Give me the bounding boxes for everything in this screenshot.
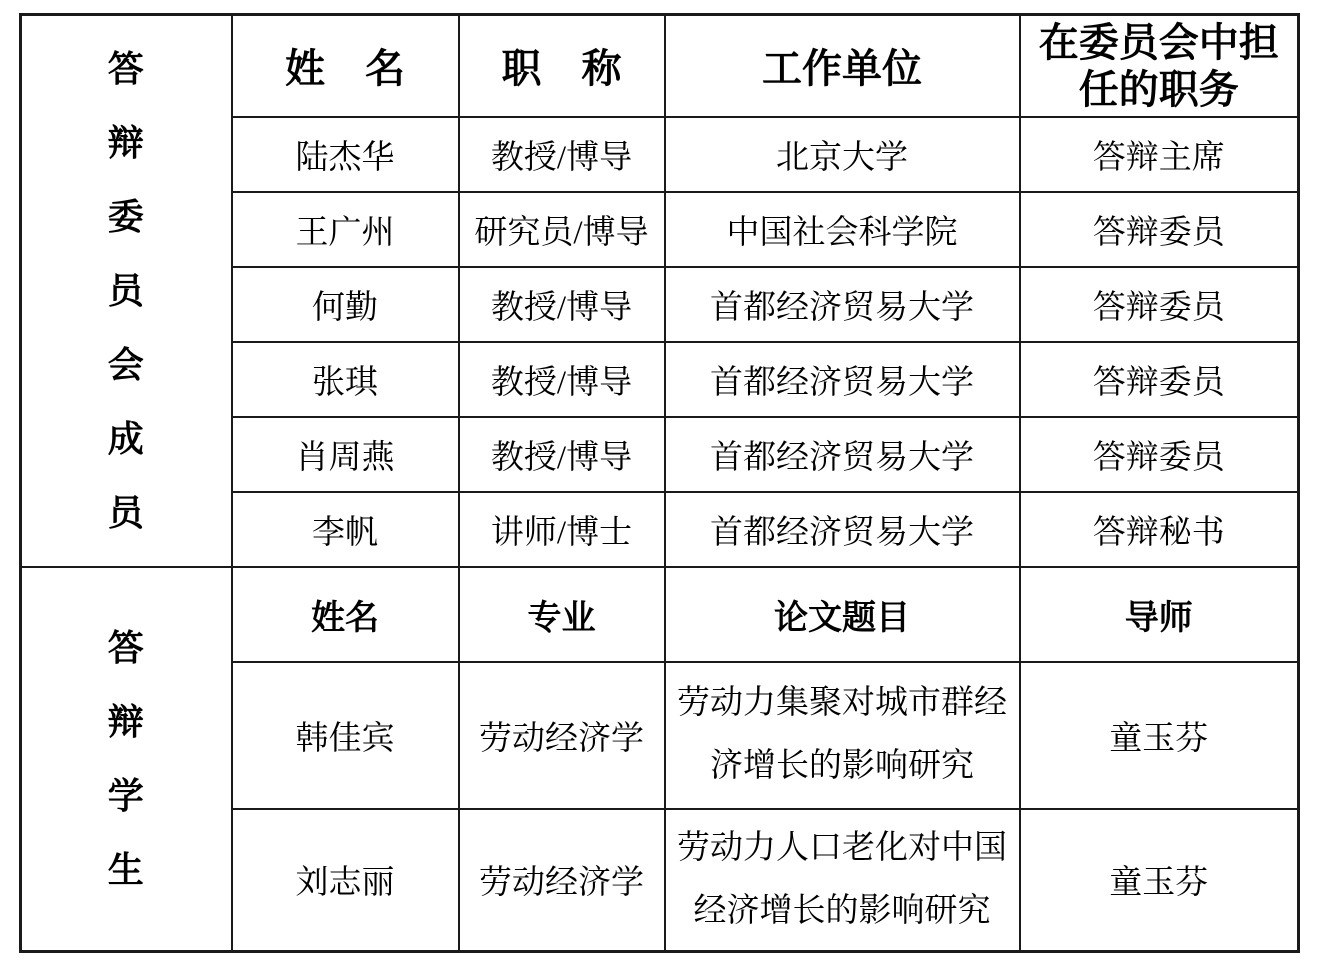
students-header-major: 专业 xyxy=(459,567,665,662)
committee-header-row: 答 辩 委 员 会 成 员 姓 名 职 称 工作单位 在委员会中担 任的职务 xyxy=(21,15,1299,117)
students-section-label: 答 辩 学 生 xyxy=(21,567,232,952)
member-org: 首都经济贸易大学 xyxy=(665,267,1020,342)
member-org: 中国社会科学院 xyxy=(665,192,1020,267)
member-role: 答辩委员 xyxy=(1020,342,1299,417)
student-name: 韩佳宾 xyxy=(232,662,459,809)
students-header-advisor: 导师 xyxy=(1020,567,1299,662)
student-thesis-title: 劳动力人口老化对中国 经济增长的影响研究 xyxy=(665,809,1020,952)
committee-header-title: 职 称 xyxy=(459,15,665,117)
member-role: 答辩委员 xyxy=(1020,417,1299,492)
student-major: 劳动经济学 xyxy=(459,809,665,952)
member-name: 何勤 xyxy=(232,267,459,342)
member-title: 教授/博导 xyxy=(459,267,665,342)
member-org: 北京大学 xyxy=(665,117,1020,192)
document-page: 答 辩 委 员 会 成 员 姓 名 职 称 工作单位 在委员会中担 任的职务 陆… xyxy=(0,0,1322,972)
student-advisor: 童玉芬 xyxy=(1020,662,1299,809)
students-header-thesis: 论文题目 xyxy=(665,567,1020,662)
committee-header-name: 姓 名 xyxy=(232,15,459,117)
student-name: 刘志丽 xyxy=(232,809,459,952)
member-name: 王广州 xyxy=(232,192,459,267)
member-role: 答辩秘书 xyxy=(1020,492,1299,567)
member-org: 首都经济贸易大学 xyxy=(665,342,1020,417)
committee-header-org: 工作单位 xyxy=(665,15,1020,117)
student-major: 劳动经济学 xyxy=(459,662,665,809)
member-role: 答辩主席 xyxy=(1020,117,1299,192)
student-thesis-title: 劳动力集聚对城市群经 济增长的影响研究 xyxy=(665,662,1020,809)
member-name: 李帆 xyxy=(232,492,459,567)
member-name: 陆杰华 xyxy=(232,117,459,192)
member-role: 答辩委员 xyxy=(1020,192,1299,267)
member-role: 答辩委员 xyxy=(1020,267,1299,342)
committee-header-role: 在委员会中担 任的职务 xyxy=(1020,15,1299,117)
member-name: 张琪 xyxy=(232,342,459,417)
member-org: 首都经济贸易大学 xyxy=(665,417,1020,492)
defense-committee-table: 答 辩 委 员 会 成 员 姓 名 职 称 工作单位 在委员会中担 任的职务 陆… xyxy=(19,13,1300,953)
student-advisor: 童玉芬 xyxy=(1020,809,1299,952)
member-title: 教授/博导 xyxy=(459,117,665,192)
member-name: 肖周燕 xyxy=(232,417,459,492)
member-title: 教授/博导 xyxy=(459,342,665,417)
member-org: 首都经济贸易大学 xyxy=(665,492,1020,567)
students-header-row: 答 辩 学 生 姓名 专业 论文题目 导师 xyxy=(21,567,1299,662)
students-header-name: 姓名 xyxy=(232,567,459,662)
member-title: 讲师/博士 xyxy=(459,492,665,567)
member-title: 教授/博导 xyxy=(459,417,665,492)
member-title: 研究员/博导 xyxy=(459,192,665,267)
committee-section-label: 答 辩 委 员 会 成 员 xyxy=(21,15,232,567)
